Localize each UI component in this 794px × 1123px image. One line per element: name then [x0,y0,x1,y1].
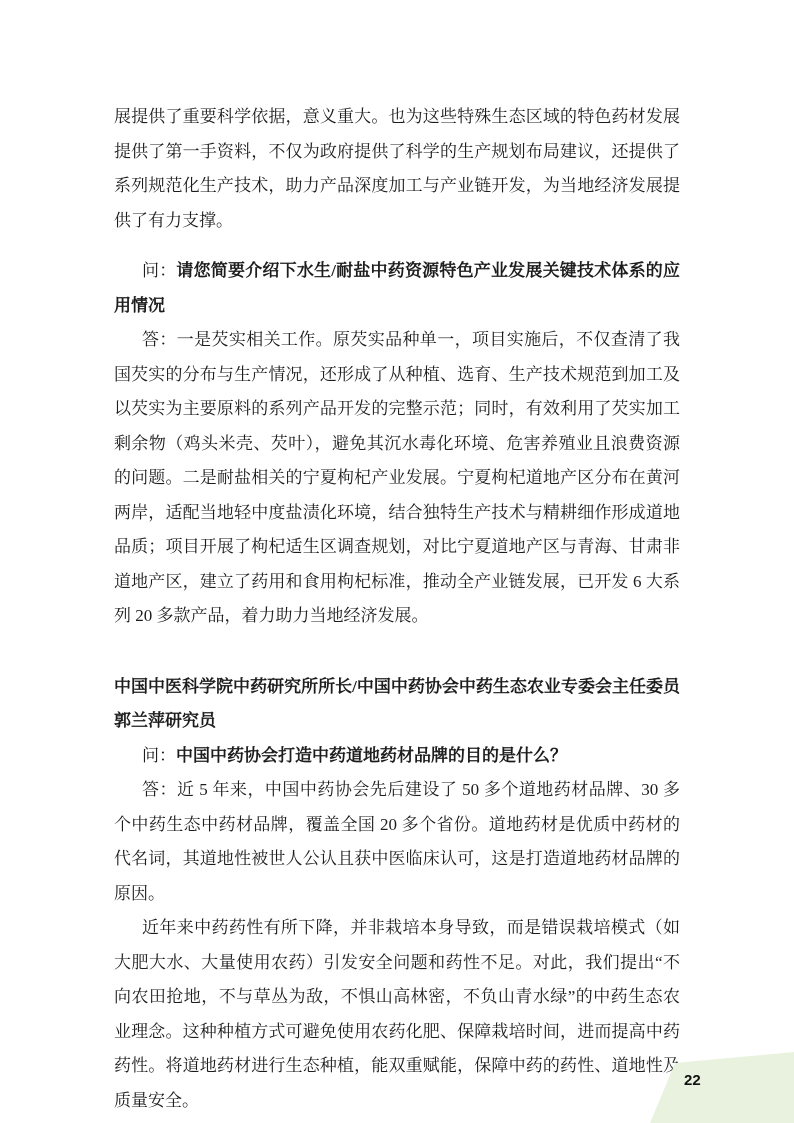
question-1-text: 请您简要介绍下水生/耐盐中药资源特色产业发展关键技术体系的应用情况 [114,261,680,315]
page-content: 展提供了重要科学依据，意义重大。也为这些特殊生态区域的特色药材发展提供了第一手资… [0,0,794,1118]
answer-2-paragraph-2: 近年来中药药性有所下降，并非栽培本身导致，而是错误栽培模式（如大肥大水、大量使用… [114,911,680,1118]
paragraph-continuation: 展提供了重要科学依据，意义重大。也为这些特殊生态区域的特色药材发展提供了第一手资… [114,100,680,238]
question-1: 问：请您简要介绍下水生/耐盐中药资源特色产业发展关键技术体系的应用情况 [114,254,680,323]
question-1-prefix: 问： [142,261,176,280]
speaker-heading: 中国中医科学院中药研究所所长/中国中药协会中药生态农业专委会主任委员郭兰萍研究员 [114,670,680,739]
question-2: 问：中国中药协会打造中药道地药材品牌的目的是什么？ [114,739,680,774]
question-2-text: 中国中药协会打造中药道地药材品牌的目的是什么？ [176,746,567,765]
answer-2-paragraph-1: 答：近 5 年来，中国中药协会先后建设了 50 多个道地药材品牌、30 多个中药… [114,773,680,911]
document-page: 展提供了重要科学依据，意义重大。也为这些特殊生态区域的特色药材发展提供了第一手资… [0,0,794,1123]
question-2-prefix: 问： [142,746,176,765]
answer-1: 答：一是芡实相关工作。原芡实品种单一，项目实施后，不仅查清了我国芡实的分布与生产… [114,323,680,634]
page-number: 22 [684,1072,701,1089]
